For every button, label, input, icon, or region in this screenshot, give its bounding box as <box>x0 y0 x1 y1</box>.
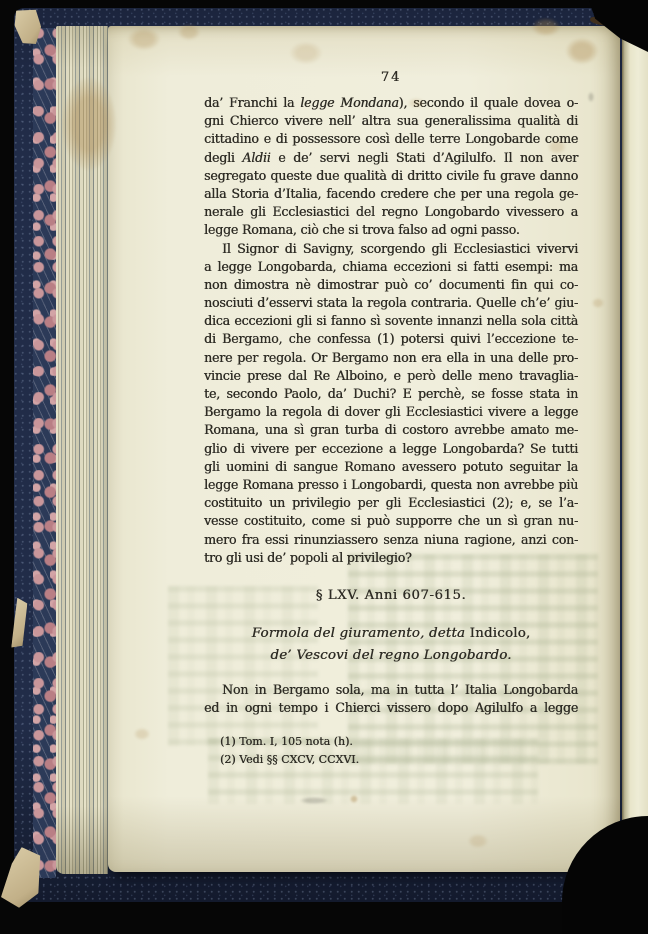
body-paragraph-1: da’ Franchi la legge Mondana), secondo i… <box>204 94 578 240</box>
marbled-endpaper <box>33 28 56 878</box>
section-heading: § LXV. Anni 607-615. <box>204 587 578 605</box>
subheading: Formola del giuramento, detta Indicolo,d… <box>204 623 578 667</box>
page-number: 74 <box>204 70 578 85</box>
page-edges-stack <box>56 26 108 874</box>
footnotes: (1) Tom. I, 105 nota (h).(2) Vedi §§ CXC… <box>204 733 578 768</box>
page-leaf: 74 da’ Franchi la legge Mondana), second… <box>108 26 620 872</box>
intro-paragraph: Non in Bergamo sola, ma in tutta l’ Ital… <box>204 681 578 717</box>
body-paragraph-2: Il Signor di Savigny, scorgendo gli Eccl… <box>204 240 578 567</box>
text-column: da’ Franchi la legge Mondana), secondo i… <box>204 94 578 768</box>
facing-page-edge <box>622 30 648 882</box>
book-photograph: 74 da’ Franchi la legge Mondana), second… <box>0 0 648 934</box>
